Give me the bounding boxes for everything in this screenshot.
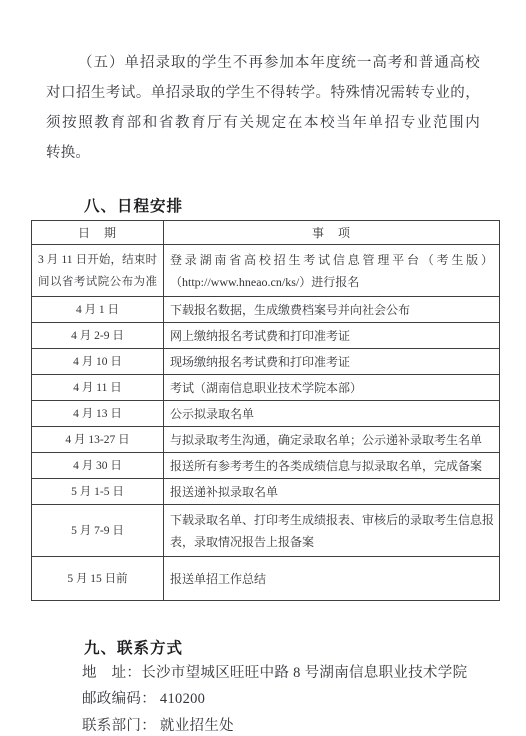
item-cell: 登录湖南省高校招生考试信息管理平台（考生版） （http://www.hneao… (164, 245, 500, 297)
item-cell: 报送所有参考考生的各类成绩信息与拟录取名单，完成备案 (164, 453, 500, 479)
item-cell: 考试（湖南信息职业技术学院本部） (164, 375, 500, 401)
item-cell: 下载录取名单、打印考生成绩报表、审核后的录取考生信息报 表，录取情况报告上报备案 (164, 505, 500, 557)
cell-line: 网上缴纳报名考试费和打印准考证 (170, 325, 493, 347)
cell-line: 与拟录取考生沟通，确定录取名单；公示递补录取考生名单 (170, 429, 493, 451)
contact-line-address: 地 址：长沙市望城区旺旺中路 8 号湖南信息职业技术学院 (82, 660, 502, 686)
table-row: 4 月 1 日 下载报名数据，生成缴费档案号并向社会公布 (32, 297, 500, 323)
paragraph-line: 对口招生考试。单招录取的学生不得转学。特殊情况需转专业的， (46, 78, 480, 108)
cell-line: 4 月 1 日 (38, 299, 157, 321)
table-row: 4 月 10 日 现场缴纳报名考试费和打印准考证 (32, 349, 500, 375)
paragraph-line: （五）单招录取的学生不再参加本年度统一高考和普通高校 (46, 48, 480, 78)
cell-line: （http://www.hneao.cn/ks/）进行报名 (170, 271, 493, 293)
table-row: 4 月 2-9 日 网上缴纳报名考试费和打印准考证 (32, 323, 500, 349)
contact-line-department: 联系部门： 就业招生处 (82, 713, 502, 736)
item-cell: 下载报名数据，生成缴费档案号并向社会公布 (164, 297, 500, 323)
cell-line: 4 月 13 日 (38, 403, 157, 425)
table-header-row: 日 期 事 项 (32, 221, 500, 245)
date-cell: 4 月 2-9 日 (32, 323, 164, 349)
item-cell: 报送递补拟录取名单 (164, 479, 500, 505)
cell-line: 报送所有参考考生的各类成绩信息与拟录取名单，完成备案 (170, 455, 493, 477)
date-cell: 4 月 1 日 (32, 297, 164, 323)
table-row: 4 月 13-27 日 与拟录取考生沟通，确定录取名单；公示递补录取考生名单 (32, 427, 500, 453)
cell-line: 5 月 1-5 日 (38, 481, 157, 503)
item-cell: 网上缴纳报名考试费和打印准考证 (164, 323, 500, 349)
table-header-date: 日 期 (32, 221, 164, 245)
cell-line: 5 月 7-9 日 (38, 520, 157, 542)
date-cell: 5 月 7-9 日 (32, 505, 164, 557)
contact-block: 地 址：长沙市望城区旺旺中路 8 号湖南信息职业技术学院 邮政编码： 41020… (82, 660, 502, 736)
cell-line: 4 月 2-9 日 (38, 325, 157, 347)
table-row: 4 月 30 日 报送所有参考考生的各类成绩信息与拟录取名单，完成备案 (32, 453, 500, 479)
item-cell: 报送单招工作总结 (164, 557, 500, 601)
cell-line: 4 月 10 日 (38, 351, 157, 373)
cell-line: 5 月 15 日前 (38, 568, 157, 590)
table-row: 4 月 13 日 公示拟录取名单 (32, 401, 500, 427)
cell-line: 报送单招工作总结 (170, 568, 493, 590)
cell-line: 4 月 11 日 (38, 377, 157, 399)
date-cell: 4 月 13 日 (32, 401, 164, 427)
date-cell: 4 月 13-27 日 (32, 427, 164, 453)
date-cell: 5 月 1-5 日 (32, 479, 164, 505)
cell-line: 公示拟录取名单 (170, 403, 493, 425)
paragraph-line: 转换。 (46, 138, 480, 168)
item-cell: 与拟录取考生沟通，确定录取名单；公示递补录取考生名单 (164, 427, 500, 453)
date-cell: 4 月 10 日 (32, 349, 164, 375)
table-row: 5 月 15 日前 报送单招工作总结 (32, 557, 500, 601)
table-row: 4 月 11 日 考试（湖南信息职业技术学院本部） (32, 375, 500, 401)
section-heading-contact: 九、联系方式 (84, 636, 183, 658)
cell-line: 下载录取名单、打印考生成绩报表、审核后的录取考生信息报 (170, 509, 493, 531)
cell-line: 下载报名数据，生成缴费档案号并向社会公布 (170, 299, 493, 321)
schedule-table: 日 期 事 项 3 月 11 日开始，结束时 间以省考试院公布为准 登录湖南省高… (31, 220, 500, 601)
paragraph: （五）单招录取的学生不再参加本年度统一高考和普通高校 对口招生考试。单招录取的学… (46, 48, 480, 168)
date-cell: 4 月 11 日 (32, 375, 164, 401)
cell-line: 表，录取情况报告上报备案 (170, 531, 493, 553)
cell-line: 现场缴纳报名考试费和打印准考证 (170, 351, 493, 373)
cell-line: 4 月 13-27 日 (38, 429, 157, 451)
paragraph-line: 须按照教育部和省教育厅有关规定在本校当年单招专业范围内 (46, 108, 480, 138)
cell-line: 报送递补拟录取名单 (170, 481, 493, 503)
table-header-item: 事 项 (164, 221, 500, 245)
table-row: 5 月 7-9 日 下载录取名单、打印考生成绩报表、审核后的录取考生信息报 表，… (32, 505, 500, 557)
table-row: 5 月 1-5 日 报送递补拟录取名单 (32, 479, 500, 505)
cell-line: 登录湖南省高校招生考试信息管理平台（考生版） (170, 249, 493, 271)
date-cell: 5 月 15 日前 (32, 557, 164, 601)
item-cell: 现场缴纳报名考试费和打印准考证 (164, 349, 500, 375)
item-cell: 公示拟录取名单 (164, 401, 500, 427)
table-row: 3 月 11 日开始，结束时 间以省考试院公布为准 登录湖南省高校招生考试信息管… (32, 245, 500, 297)
contact-line-postcode: 邮政编码： 410200 (82, 686, 502, 712)
section-heading-schedule: 八、日程安排 (84, 194, 183, 216)
cell-line: 间以省考试院公布为准 (38, 271, 157, 293)
cell-line: 4 月 30 日 (38, 455, 157, 477)
document-page: （五）单招录取的学生不再参加本年度统一高考和普通高校 对口招生考试。单招录取的学… (0, 0, 526, 736)
date-cell: 3 月 11 日开始，结束时 间以省考试院公布为准 (32, 245, 164, 297)
date-cell: 4 月 30 日 (32, 453, 164, 479)
cell-line: 3 月 11 日开始，结束时 (38, 249, 157, 271)
cell-line: 考试（湖南信息职业技术学院本部） (170, 377, 493, 399)
